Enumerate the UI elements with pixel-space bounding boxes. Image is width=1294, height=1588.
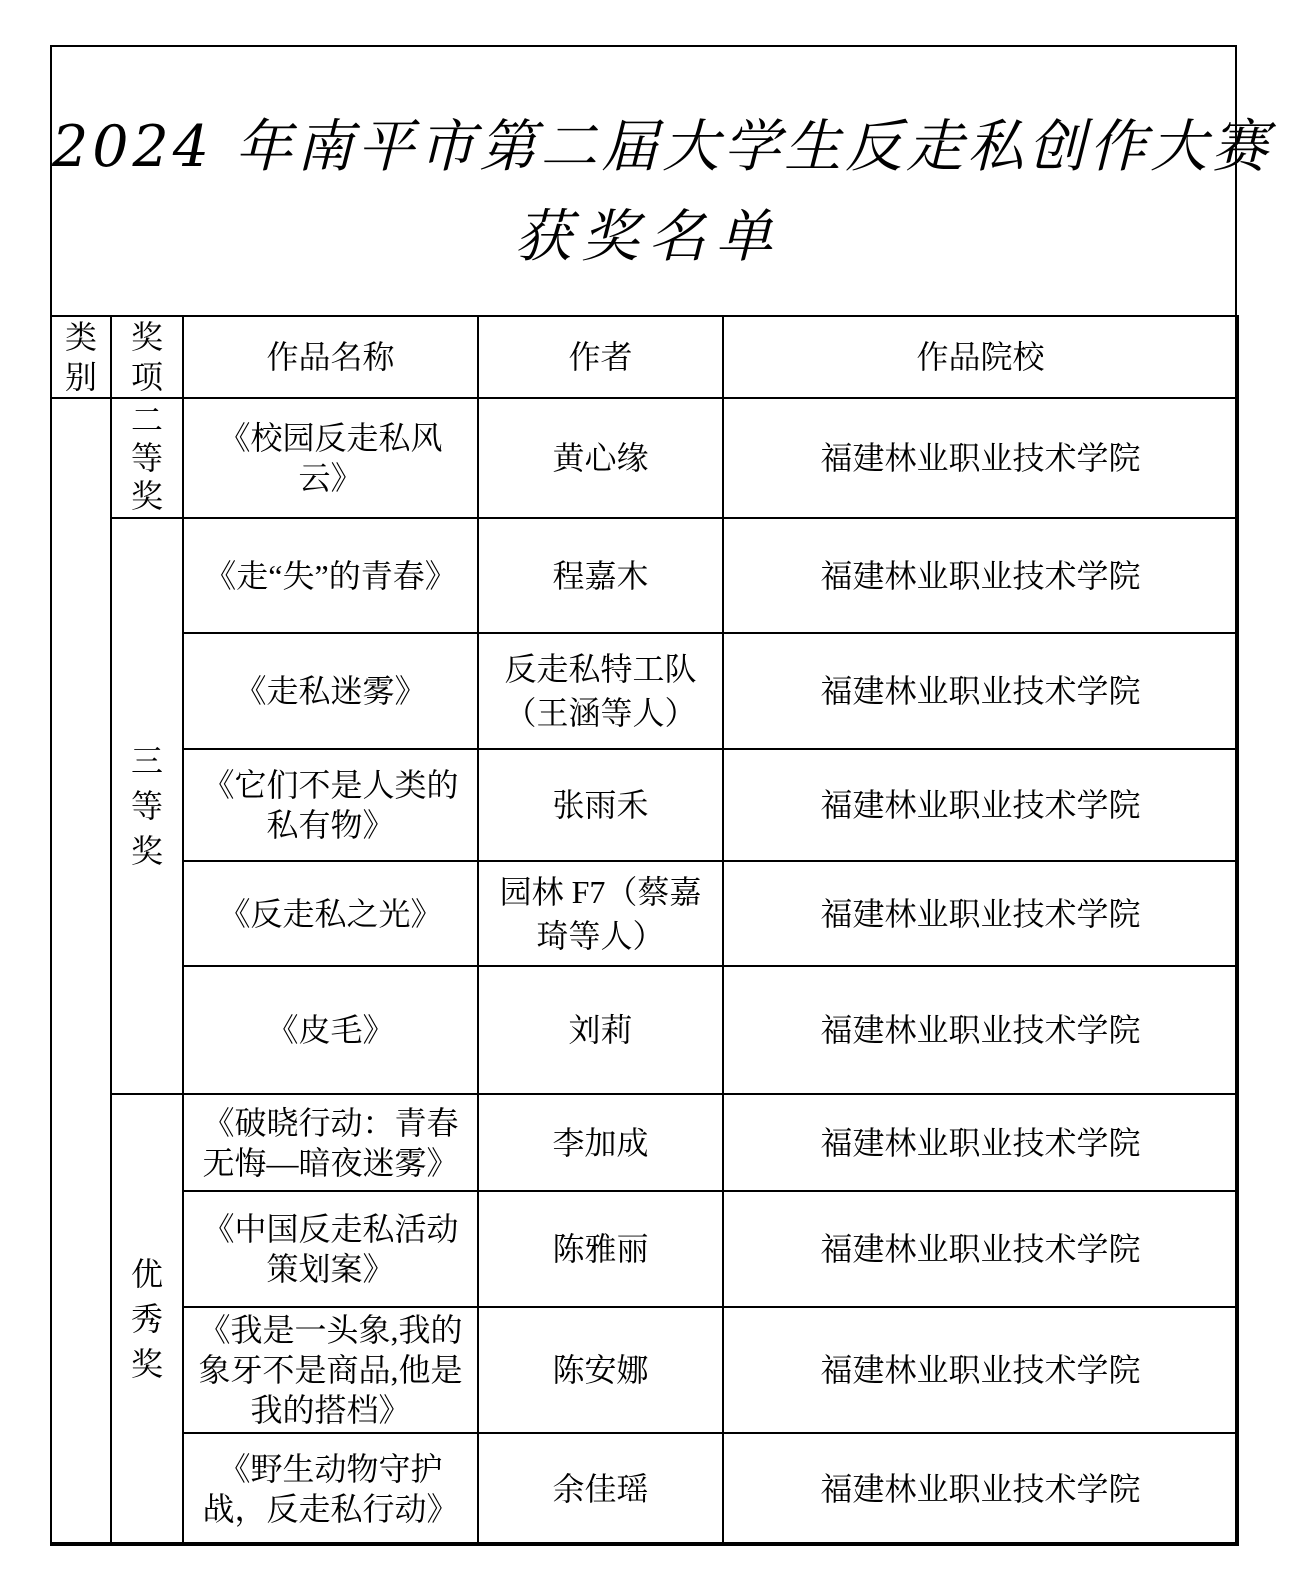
work-title-cell: 《野生动物守护 战，反走私行动》 bbox=[183, 1433, 478, 1545]
author-cell: 陈雅丽 bbox=[478, 1191, 723, 1307]
school-cell: 福建林业职业技术学院 bbox=[723, 1433, 1238, 1545]
document-page: 2024 年南平市第二届大学生反走私创作大赛 获奖名单 类 别 奖 项 作品名称… bbox=[50, 45, 1237, 1544]
work-title-cell: 《它们不是人类的 私有物》 bbox=[183, 749, 478, 861]
title-line-2: 获奖名单 bbox=[52, 192, 1235, 282]
table-row: 《它们不是人类的 私有物》 张雨禾 福建林业职业技术学院 bbox=[51, 749, 1238, 861]
table-row: 《皮毛》 刘莉 福建林业职业技术学院 bbox=[51, 966, 1238, 1094]
col-header-school: 作品院校 bbox=[723, 316, 1238, 398]
author-cell: 园林 F7（蔡嘉 琦等人） bbox=[478, 861, 723, 966]
document-title: 2024 年南平市第二届大学生反走私创作大赛 获奖名单 bbox=[52, 102, 1235, 282]
work-title-cell: 《破晓行动：青春 无悔—暗夜迷雾》 bbox=[183, 1094, 478, 1191]
school-cell: 福建林业职业技术学院 bbox=[723, 633, 1238, 749]
school-cell: 福建林业职业技术学院 bbox=[723, 861, 1238, 966]
col-header-award: 奖 项 bbox=[111, 316, 183, 398]
school-cell: 福建林业职业技术学院 bbox=[723, 518, 1238, 633]
work-title-cell: 《走“失”的青春》 bbox=[183, 518, 478, 633]
school-cell: 福建林业职业技术学院 bbox=[723, 1191, 1238, 1307]
table-row: 优 秀 奖 《破晓行动：青春 无悔—暗夜迷雾》 李加成 福建林业职业技术学院 bbox=[51, 1094, 1238, 1191]
work-title-cell: 《中国反走私活动 策划案》 bbox=[183, 1191, 478, 1307]
author-cell: 刘莉 bbox=[478, 966, 723, 1094]
school-cell: 福建林业职业技术学院 bbox=[723, 1094, 1238, 1191]
school-cell: 福建林业职业技术学院 bbox=[723, 1307, 1238, 1433]
table-row: 《我是一头象,我的 象牙不是商品,他是 我的搭档》 陈安娜 福建林业职业技术学院 bbox=[51, 1307, 1238, 1433]
award-group-third-prize: 三 等 奖 bbox=[111, 518, 183, 1094]
title-line-1: 2024 年南平市第二届大学生反走私创作大赛 bbox=[52, 102, 1235, 192]
award-group-second-prize: 二 等 奖 bbox=[111, 398, 183, 518]
page-canvas: 2024 年南平市第二届大学生反走私创作大赛 获奖名单 类 别 奖 项 作品名称… bbox=[0, 0, 1294, 1588]
award-group-excellence-prize: 优 秀 奖 bbox=[111, 1094, 183, 1545]
work-title-cell: 《走私迷雾》 bbox=[183, 633, 478, 749]
work-title-cell: 《校园反走私风 云》 bbox=[183, 398, 478, 518]
table-header-row: 类 别 奖 项 作品名称 作者 作品院校 bbox=[51, 316, 1238, 398]
work-title-cell: 《我是一头象,我的 象牙不是商品,他是 我的搭档》 bbox=[183, 1307, 478, 1433]
work-title-cell: 《皮毛》 bbox=[183, 966, 478, 1094]
table-row: 《反走私之光》 园林 F7（蔡嘉 琦等人） 福建林业职业技术学院 bbox=[51, 861, 1238, 966]
author-cell: 陈安娜 bbox=[478, 1307, 723, 1433]
table-row: 三 等 奖 《走“失”的青春》 程嘉木 福建林业职业技术学院 bbox=[51, 518, 1238, 633]
table-row: 《野生动物守护 战，反走私行动》 余佳瑶 福建林业职业技术学院 bbox=[51, 1433, 1238, 1545]
table-row: 二 等 奖 《校园反走私风 云》 黄心缘 福建林业职业技术学院 bbox=[51, 398, 1238, 518]
author-cell: 张雨禾 bbox=[478, 749, 723, 861]
school-cell: 福建林业职业技术学院 bbox=[723, 398, 1238, 518]
category-cell-empty bbox=[51, 398, 111, 1545]
author-cell: 余佳瑶 bbox=[478, 1433, 723, 1545]
table-row: 《走私迷雾》 反走私特工队 （王涵等人） 福建林业职业技术学院 bbox=[51, 633, 1238, 749]
work-title-cell: 《反走私之光》 bbox=[183, 861, 478, 966]
col-header-category: 类 别 bbox=[51, 316, 111, 398]
awards-table: 类 别 奖 项 作品名称 作者 作品院校 二 等 奖 《校园反走私风 云》 黄心… bbox=[50, 315, 1239, 1546]
col-header-work: 作品名称 bbox=[183, 316, 478, 398]
author-cell: 黄心缘 bbox=[478, 398, 723, 518]
author-cell: 程嘉木 bbox=[478, 518, 723, 633]
school-cell: 福建林业职业技术学院 bbox=[723, 749, 1238, 861]
table-row: 《中国反走私活动 策划案》 陈雅丽 福建林业职业技术学院 bbox=[51, 1191, 1238, 1307]
col-header-author: 作者 bbox=[478, 316, 723, 398]
author-cell: 李加成 bbox=[478, 1094, 723, 1191]
school-cell: 福建林业职业技术学院 bbox=[723, 966, 1238, 1094]
author-cell: 反走私特工队 （王涵等人） bbox=[478, 633, 723, 749]
